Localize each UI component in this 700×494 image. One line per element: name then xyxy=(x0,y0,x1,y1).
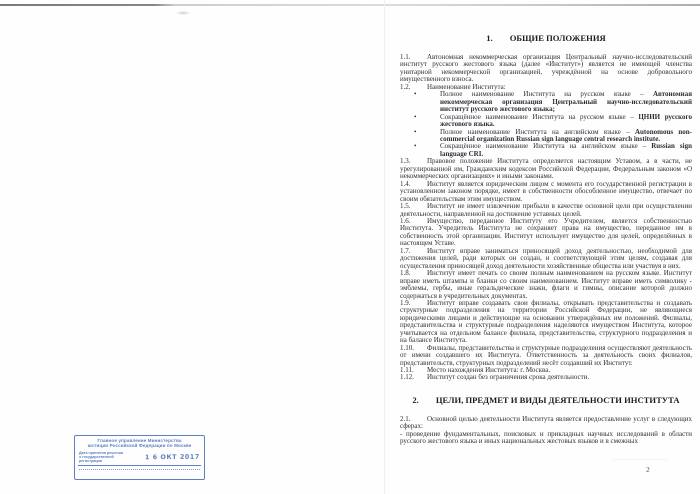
clause-text: Имущество, переданное Институту его Учре… xyxy=(400,217,692,247)
scan-artifact xyxy=(612,459,667,460)
stamp-org-name: Главное управление Министерства юстиции … xyxy=(78,438,201,449)
paragraph: 1.3.Правовое положение Института определ… xyxy=(400,158,692,180)
paragraph: 1.5.Институт не имеет извлечение прибыли… xyxy=(400,203,692,218)
paragraph: 1.12.Институт создан без ограничения сро… xyxy=(400,374,692,381)
clause-text: - проведение фундаментальных, поисковых … xyxy=(400,430,692,445)
paragraph: 1.10.Филиалы, представительства и структ… xyxy=(400,345,692,367)
charter-page-body: 1.ОБЩИЕ ПОЛОЖЕНИЯ1.1.Автономная некоммер… xyxy=(400,33,692,446)
stamp-dotted-line xyxy=(79,469,200,470)
bullet-item: •Полное наименование Института на русско… xyxy=(427,91,692,113)
stamp-rule-line xyxy=(78,465,201,466)
scan-smudge xyxy=(176,11,190,15)
page-seam xyxy=(384,0,385,494)
paragraph: 1.1.Автономная некоммерческая организаци… xyxy=(400,54,692,84)
clause-text: Институт вправе создавать свои филиалы, … xyxy=(400,299,692,344)
stamp-org-line2: юстиции Российской Федерации по Москве xyxy=(78,443,201,448)
section-heading: 1.ОБЩИЕ ПОЛОЖЕНИЯ xyxy=(400,33,692,43)
stamp-middle-row: Дата принятия решения о государственной … xyxy=(78,451,201,464)
clause-text: Правовое положение Института определяетс… xyxy=(400,157,692,180)
registration-stamp: Главное управление Министерства юстиции … xyxy=(74,435,205,480)
clause-text: Институт вправе заниматься приносящей до… xyxy=(400,247,692,270)
section-number: 2. xyxy=(412,395,418,405)
clause-text: Институт не имеет извлечение прибыли в к… xyxy=(400,202,692,217)
paragraph: - проведение фундаментальных, поисковых … xyxy=(400,431,692,446)
scanned-document: Главное управление Министерства юстиции … xyxy=(0,0,700,494)
paragraph: 1.8.Институт имеет печать со своим полны… xyxy=(400,270,692,300)
scan-edge-line xyxy=(0,4,700,6)
clause-text: Основной целью деятельности Института яв… xyxy=(400,415,692,430)
bullet-icon: • xyxy=(427,114,440,121)
paragraph: 1.6.Имущество, переданное Институту его … xyxy=(400,218,692,248)
clause-text: Институт имеет печать со своим полным на… xyxy=(400,269,692,299)
section-title: ОБЩИЕ ПОЛОЖЕНИЯ xyxy=(510,33,606,43)
clause-number: 1.12. xyxy=(400,374,427,381)
bullet-icon: • xyxy=(427,91,440,98)
bullet-item: •Сокращённое наименование Института на р… xyxy=(427,114,692,129)
bullet-item: •Полное наименование Института на англий… xyxy=(427,129,692,144)
paragraph: 1.4.Институт является юридическим лицом … xyxy=(400,181,692,203)
paragraph: 2.1.Основной целью деятельности Институт… xyxy=(400,416,692,431)
paragraph: 1.9.Институт вправе создавать свои филиа… xyxy=(400,300,692,345)
stamp-date-label: Дата принятия решения о государственной … xyxy=(79,451,123,464)
clause-text: Институт является юридическим лицом с мо… xyxy=(400,180,692,203)
stamp-label-line3: регистрации xyxy=(79,459,123,463)
paragraph: 1.7.Институт вправе заниматься приносяще… xyxy=(400,248,692,270)
clause-text: Институт создан без ограничения срока де… xyxy=(427,373,589,381)
section-title: ЦЕЛИ, ПРЕДМЕТ И ВИДЫ ДЕЯТЕЛЬНОСТИ ИНСТИТ… xyxy=(436,395,680,405)
page-number: 2 xyxy=(646,465,650,474)
bullet-item: •Сокращённое наименование Института на а… xyxy=(427,143,692,158)
stamp-date-value: 1 6 ОКТ 2017 xyxy=(145,453,200,460)
clause-text: Филиалы, представительства и структурные… xyxy=(400,344,692,367)
section-number: 1. xyxy=(486,33,492,43)
clause-text: Автономная некоммерческая организация Це… xyxy=(400,53,692,83)
bullet-icon: • xyxy=(427,143,440,150)
section-heading: 2.ЦЕЛИ, ПРЕДМЕТ И ВИДЫ ДЕЯТЕЛЬНОСТИ ИНСТ… xyxy=(400,395,692,405)
bullet-icon: • xyxy=(427,129,440,136)
